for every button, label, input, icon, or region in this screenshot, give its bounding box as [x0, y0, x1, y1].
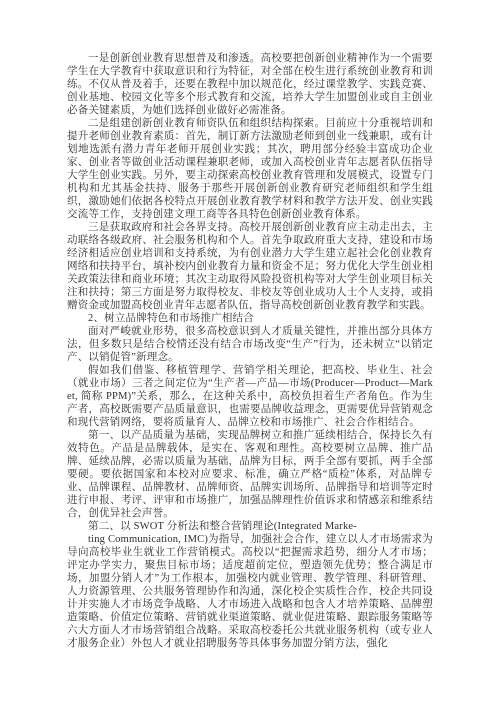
document-page: 一是创新创业教育思想普及和渗透。高校要把创新创业精神作为一个需要学生在大学教育中… [0, 0, 500, 707]
paragraph-second-swot-line2: ting Communication, IMC)为指导，加强社会合作，建立以人才… [67, 533, 433, 650]
paragraph-ppm-relationship: 假如我们借鉴、移植管理学、营销学相关理论，把高校、毕业生、社会（就业市场）三者之… [67, 364, 433, 429]
paragraph-first-product-quality: 第一、以产品质量为基础，实现品牌树立和推广延续相结合，保持长久有效特色。产品是品… [67, 429, 433, 520]
paragraph-second-swot-line1: 第二、以 SWOT 分析法和整合营销理论(Integrated Marke- [67, 520, 433, 533]
paragraph-government-social-support: 三是获取政府和社会各界支持。高校开展创新创业教育应主动走出去，主动联络各级政府、… [67, 221, 433, 312]
paragraph-teacher-team-building: 二是组建创新创业教育师资队伍和组织结构探索。目前应十分重视培训和提升老师创业教育… [67, 117, 433, 221]
section-heading-brand-and-market: 2、树立品牌特色和市场推广相结合 [67, 312, 433, 325]
paragraph-innovation-education-penetration: 一是创新创业教育思想普及和渗透。高校要把创新创业精神作为一个需要学生在大学教育中… [67, 52, 433, 117]
paragraph-employment-situation: 面对严峻就业形势，很多高校意识到人才质量关键性，并推出部分具体方法，但多数只是结… [67, 325, 433, 364]
document-text-block: 一是创新创业教育思想普及和渗透。高校要把创新创业精神作为一个需要学生在大学教育中… [67, 52, 433, 650]
